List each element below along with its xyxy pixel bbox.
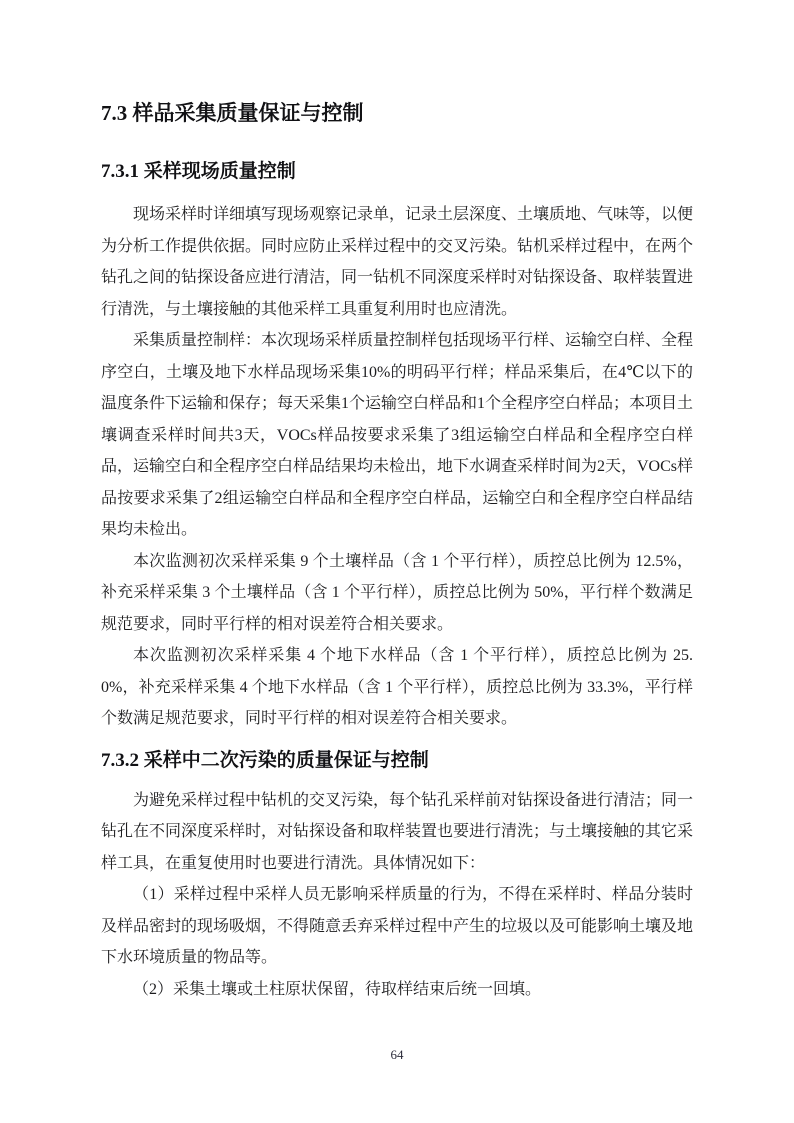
section-heading: 7.3 样品采集质量保证与控制 [101, 98, 693, 128]
page-number: 64 [391, 1047, 404, 1062]
paragraph: 为避免采样过程中钻机的交叉污染，每个钻孔采样前对钻探设备进行清洁；同一钻孔在不同… [101, 785, 693, 880]
document-page: 7.3 样品采集质量保证与控制 7.3.1 采样现场质量控制 现场采样时详细填写… [0, 0, 794, 1123]
subsection-heading-7-3-1: 7.3.1 采样现场质量控制 [101, 158, 693, 186]
paragraph: 本次监测初次采样采集 9 个土壤样品（含 1 个平行样），质控总比例为 12.5… [101, 546, 693, 641]
page-footer: 64 [0, 1046, 794, 1064]
subsection-heading-7-3-2: 7.3.2 采样中二次污染的质量保证与控制 [101, 747, 693, 775]
paragraph: （1）采样过程中采样人员无影响采样质量的行为，不得在采样时、样品分装时及样品密封… [101, 879, 693, 974]
paragraph: 采集质量控制样：本次现场采样质量控制样包括现场平行样、运输空白样、全程序空白，土… [101, 325, 693, 546]
paragraph: （2）采集土壤或土柱原状保留，待取样结束后统一回填。 [101, 974, 693, 1006]
paragraph: 本次监测初次采样采集 4 个地下水样品（含 1 个平行样），质控总比例为 25.… [101, 640, 693, 735]
paragraph: 现场采样时详细填写现场观察记录单，记录土层深度、土壤质地、气味等，以便为分析工作… [101, 199, 693, 325]
page-content: 7.3 样品采集质量保证与控制 7.3.1 采样现场质量控制 现场采样时详细填写… [101, 0, 693, 1005]
